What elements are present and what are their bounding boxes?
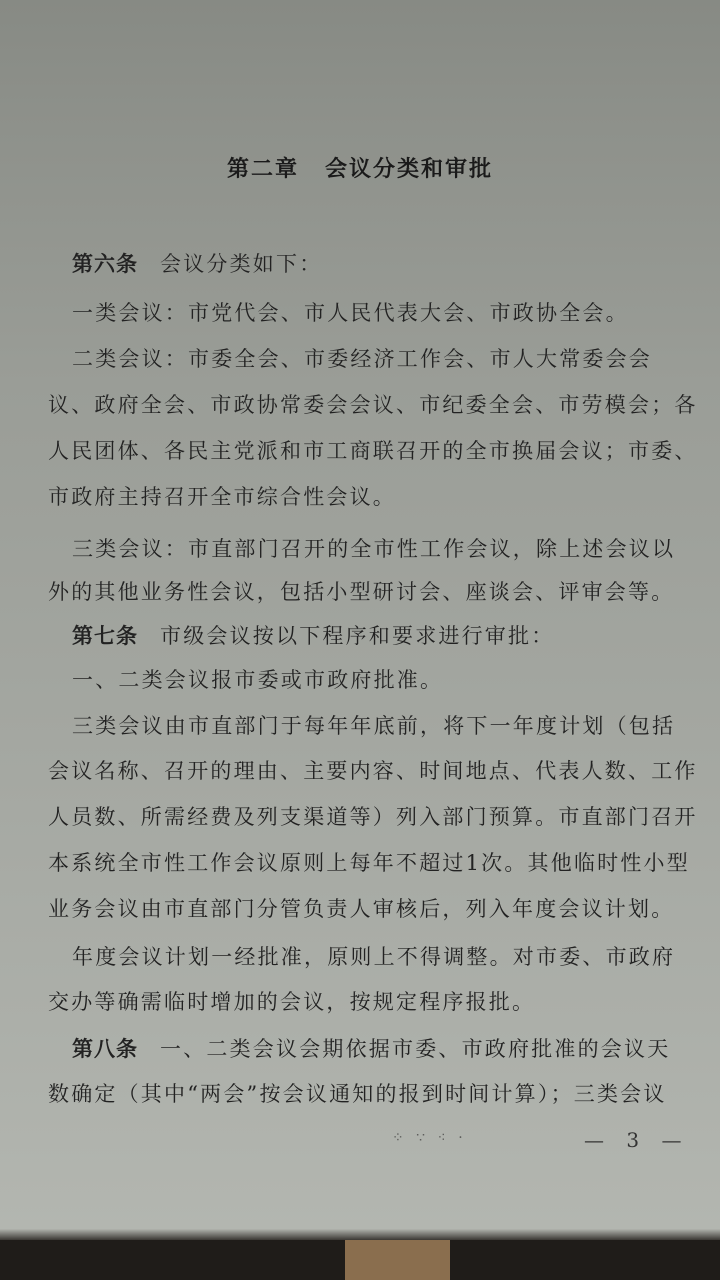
article-text: 一、二类会议会期依据市委、市政府批准的会议天 [160, 1037, 670, 1061]
article-text: 市级会议按以下程序和要求进行审批： [160, 624, 554, 648]
chapter-title: 第二章会议分类和审批 [0, 152, 720, 183]
paragraph-line: 本系统全市性工作会议原则上每年不超过1次。其他临时性小型 [48, 849, 688, 877]
paragraph-line: 交办等确需临时增加的会议，按规定程序报批。 [48, 988, 688, 1016]
chapter-number: 第二章 [227, 157, 299, 182]
article-6-heading: 第六条会议分类如下： [72, 250, 712, 278]
paragraph-line: 人员数、所需经费及列支渠道等）列入部门预算。市直部门召开 [48, 803, 688, 831]
paragraph-line: 人民团体、各民主党派和市工商联召开的全市换届会议；市委、 [48, 437, 688, 465]
document-page: 第二章会议分类和审批 第六条会议分类如下： 一类会议：市党代会、市人民代表大会、… [0, 0, 720, 1240]
article-7-heading: 第七条市级会议按以下程序和要求进行审批： [72, 622, 712, 650]
article-label: 第七条 [72, 624, 138, 648]
paragraph-line: 会议名称、召开的理由、主要内容、时间地点、代表人数、工作 [48, 757, 688, 785]
paragraph-line: 业务会议由市直部门分管负责人审核后，列入年度会议计划。 [48, 895, 688, 923]
paragraph-line: 外的其他业务性会议，包括小型研讨会、座谈会、评审会等。 [48, 578, 688, 606]
desk-object [345, 1240, 450, 1280]
chapter-name: 会议分类和审批 [325, 157, 493, 182]
paragraph-line: 二类会议：市委全会、市委经济工作会、市人大常委会会 [72, 345, 712, 373]
article-label: 第六条 [72, 252, 138, 276]
paragraph-line: 数确定（其中“两会”按会议通知的报到时间计算）；三类会议 [48, 1080, 688, 1108]
article-text: 会议分类如下： [160, 252, 322, 276]
paragraph-line: 年度会议计划一经批准，原则上不得调整。对市委、市政府 [72, 943, 712, 971]
article-label: 第八条 [72, 1037, 138, 1061]
paragraph-line: 三类会议：市直部门召开的全市性工作会议，除上述会议以 [72, 535, 712, 563]
paragraph-line: 市政府主持召开全市综合性会议。 [48, 483, 688, 511]
article-8-heading: 第八条一、二类会议会期依据市委、市政府批准的会议天 [72, 1035, 712, 1063]
paragraph-line: 议、政府全会、市政协常委会会议、市纪委全会、市劳模会；各 [48, 391, 688, 419]
desk-edge [0, 1240, 720, 1280]
paragraph-line: 一、二类会议报市委或市政府批准。 [72, 666, 712, 694]
paragraph-line: 一类会议：市党代会、市人民代表大会、市政协全会。 [72, 299, 712, 327]
page-number: — 3 — [584, 1128, 689, 1152]
paragraph-line: 三类会议由市直部门于每年年底前，将下一年度计划（包括 [72, 712, 712, 740]
ink-smudge: ⁘ ∵ ⁖ · [392, 1130, 502, 1152]
